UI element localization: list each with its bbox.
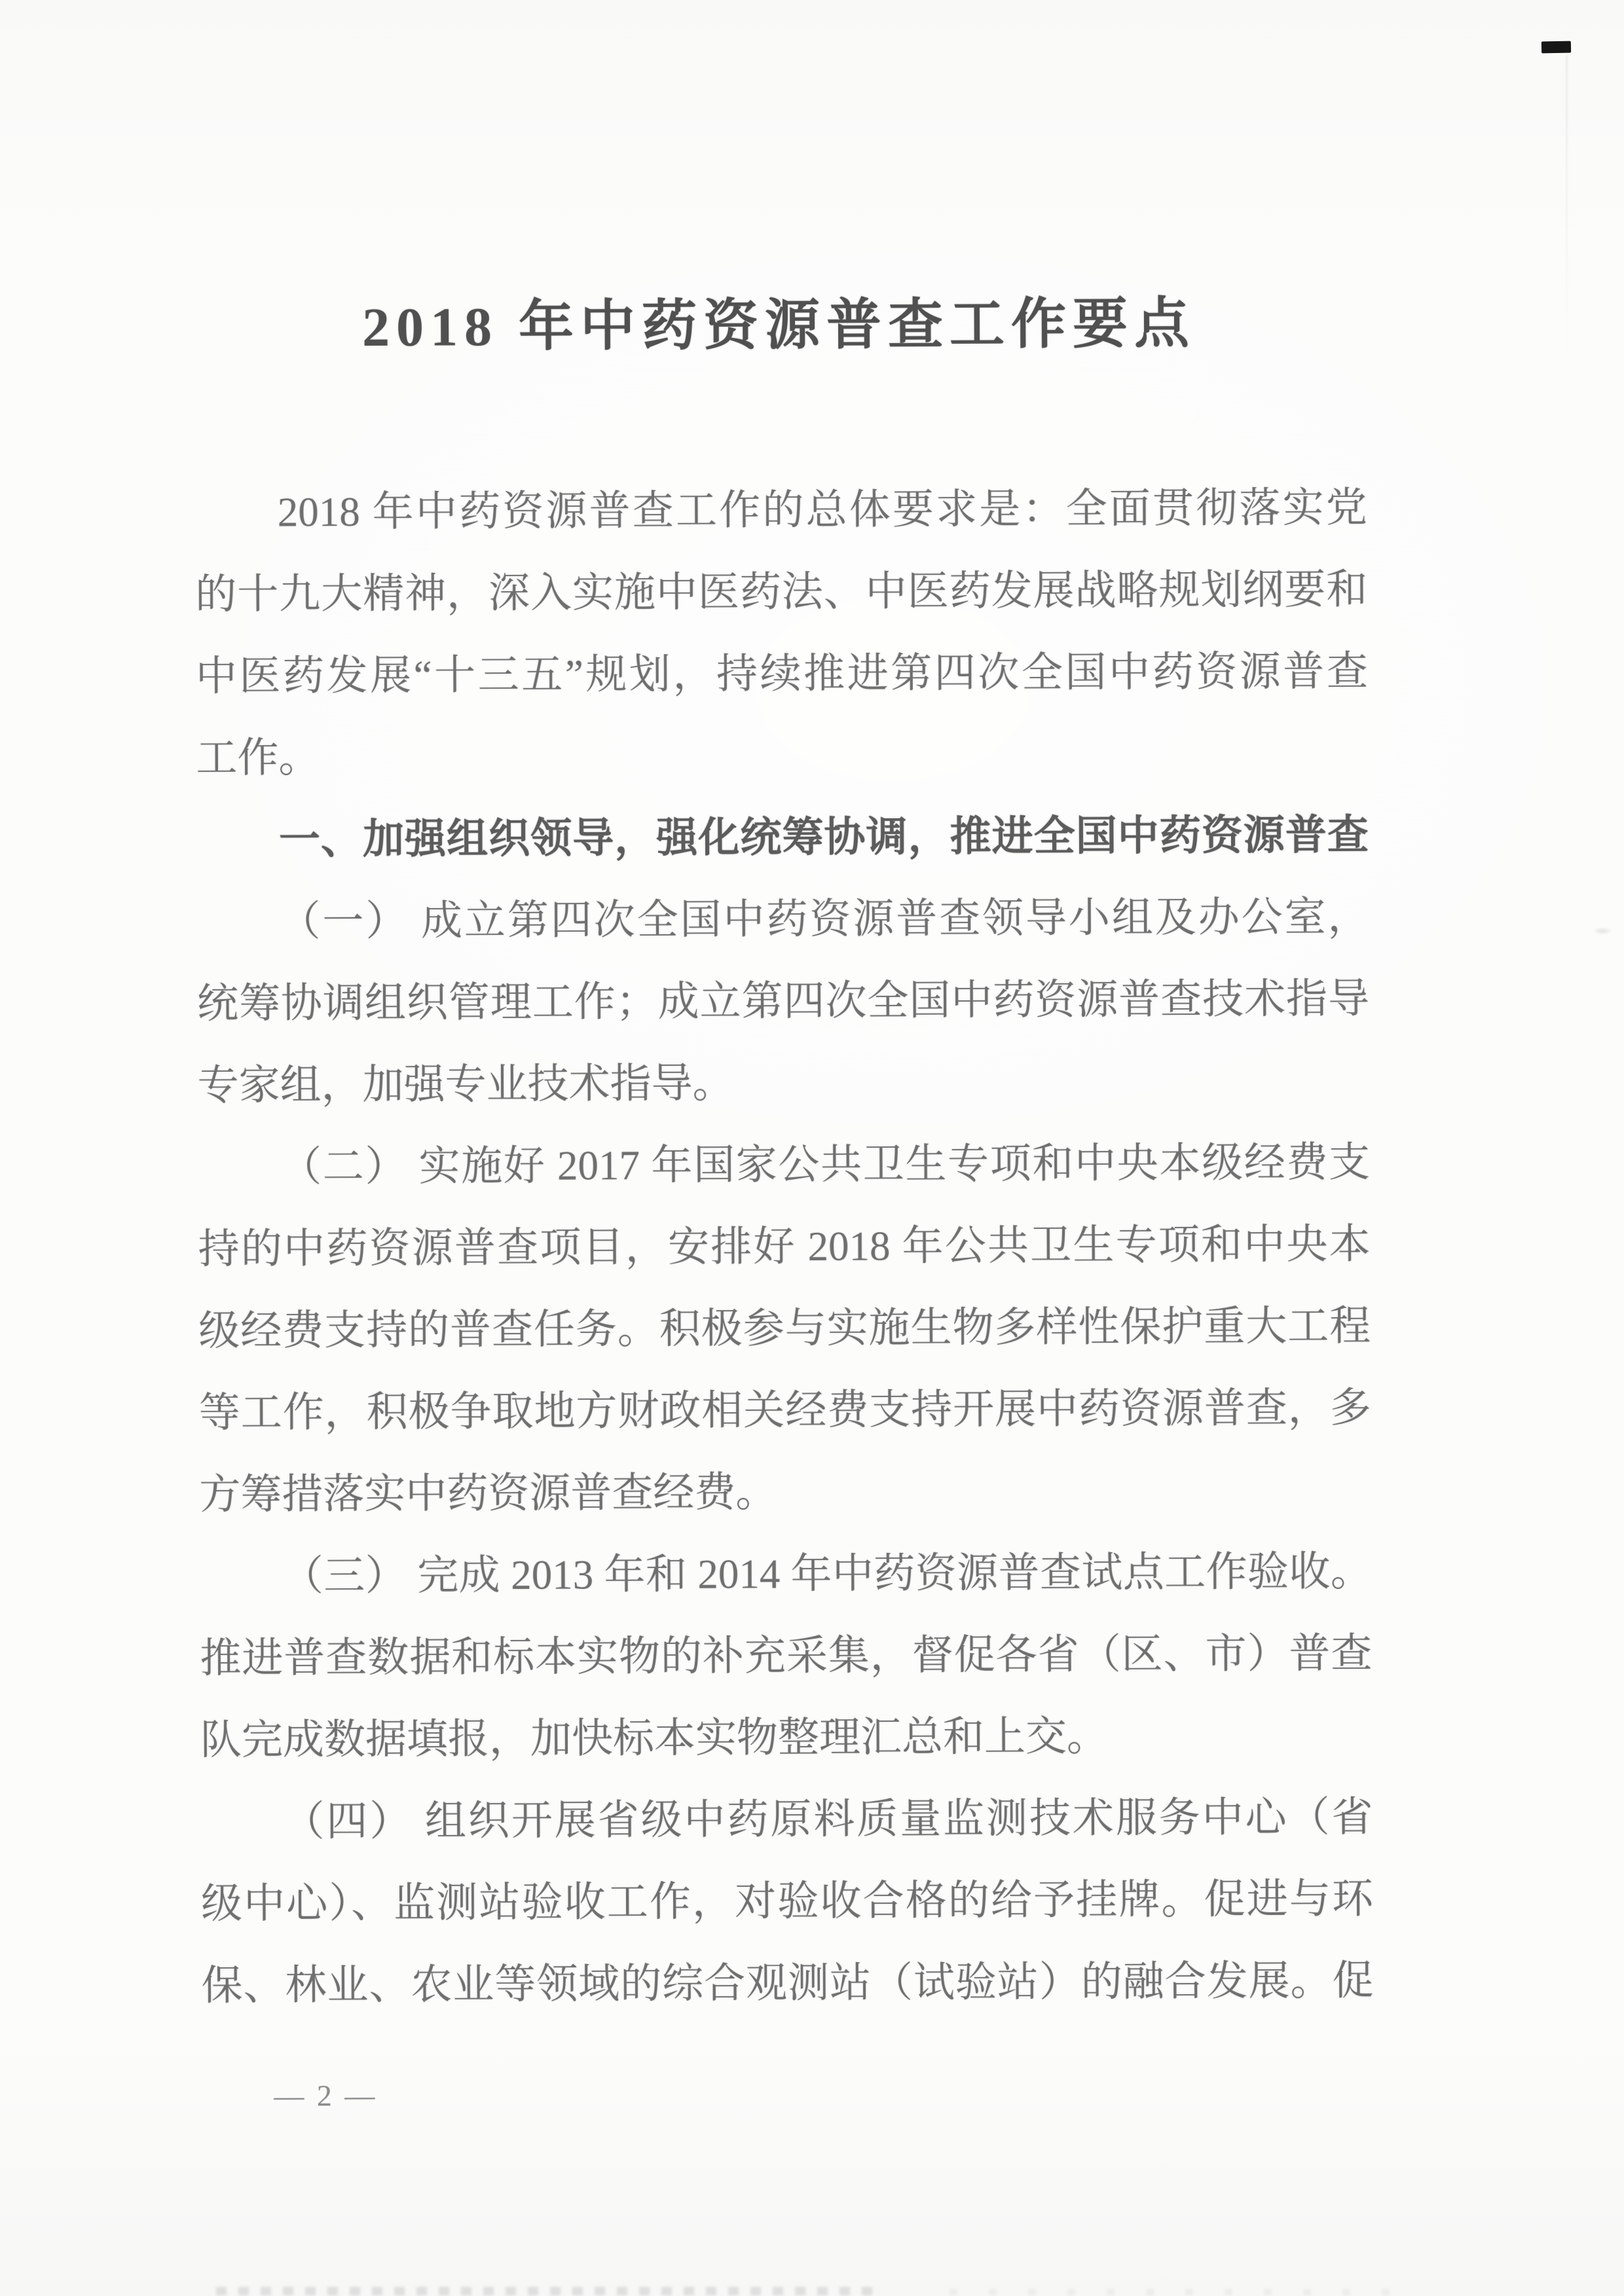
text-line: 等工作，积极争取地方财政相关经费支持开展中药资源普查，多 [198,1367,1371,1454]
text-line: （一） 成立第四次全国中药资源普查领导小组及办公室， [196,876,1369,963]
text-line: 持的中药资源普查项目，安排好 2018 年公共卫生专项和中央本 [198,1203,1371,1290]
text-line: 统筹协调组织管理工作；成立第四次全国中药资源普查技术指导 [197,958,1370,1045]
document-sheet: 2018 年中药资源普查工作要点 2018 年中药资源普查工作的总体要求是：全面… [0,0,1624,2296]
scanned-document-page: { "document": { "title": "2018 年中药资源普查工作… [0,0,1624,2296]
text-line: 2018 年中药资源普查工作的总体要求是：全面贯彻落实党 [194,467,1367,554]
page-number: — 2 — [250,2076,401,2116]
text-line: 的十九大精神，深入实施中医药法、中医药发展战略规划纲要和 [195,549,1368,636]
scan-artifact-bottom-bleed [216,2287,877,2295]
text-line: （二） 实施好 2017 年国家公共卫生专项和中央本级经费支 [198,1121,1371,1209]
text-line: 工作。 [196,712,1369,799]
text-line: 专家组，加强专业技术指导。 [197,1040,1370,1127]
text-line: 级经费支持的普查任务。积极参与实施生物多样性保护重大工程 [198,1285,1371,1372]
document-body: 2018 年中药资源普查工作的总体要求是：全面贯彻落实党 的十九大精神，深入实施… [194,467,1373,2027]
section-heading: 一、加强组织领导，强化统筹协调，推进全国中药资源普查 [196,794,1369,881]
text-line: 级中心）、监测站验收工作，对验收合格的给予挂牌。促进与环 [201,1858,1374,1945]
scan-artifact-bottom-bleed-right [950,2289,1408,2295]
text-line: 队完成数据填报，加快标本实物整理汇总和上交。 [200,1694,1373,1781]
text-line: 保、林业、农业等领域的综合观测站（试验站）的融合发展。促 [201,1940,1374,2027]
text-line: 方筹措落实中药资源普查经费。 [199,1449,1372,1536]
text-line: 推进普查数据和标本实物的补充采集，督促各省（区、市）普查 [200,1613,1373,1700]
text-line: （四） 组织开展省级中药原料质量监测技术服务中心（省 [200,1776,1373,1863]
text-line: 中医药发展“十三五”规划，持续推进第四次全国中药资源普查 [196,630,1369,718]
document-title: 2018 年中药资源普查工作要点 [222,286,1335,367]
text-line: （三） 完成 2013 年和 2014 年中药资源普查试点工作验收。 [200,1531,1373,1618]
